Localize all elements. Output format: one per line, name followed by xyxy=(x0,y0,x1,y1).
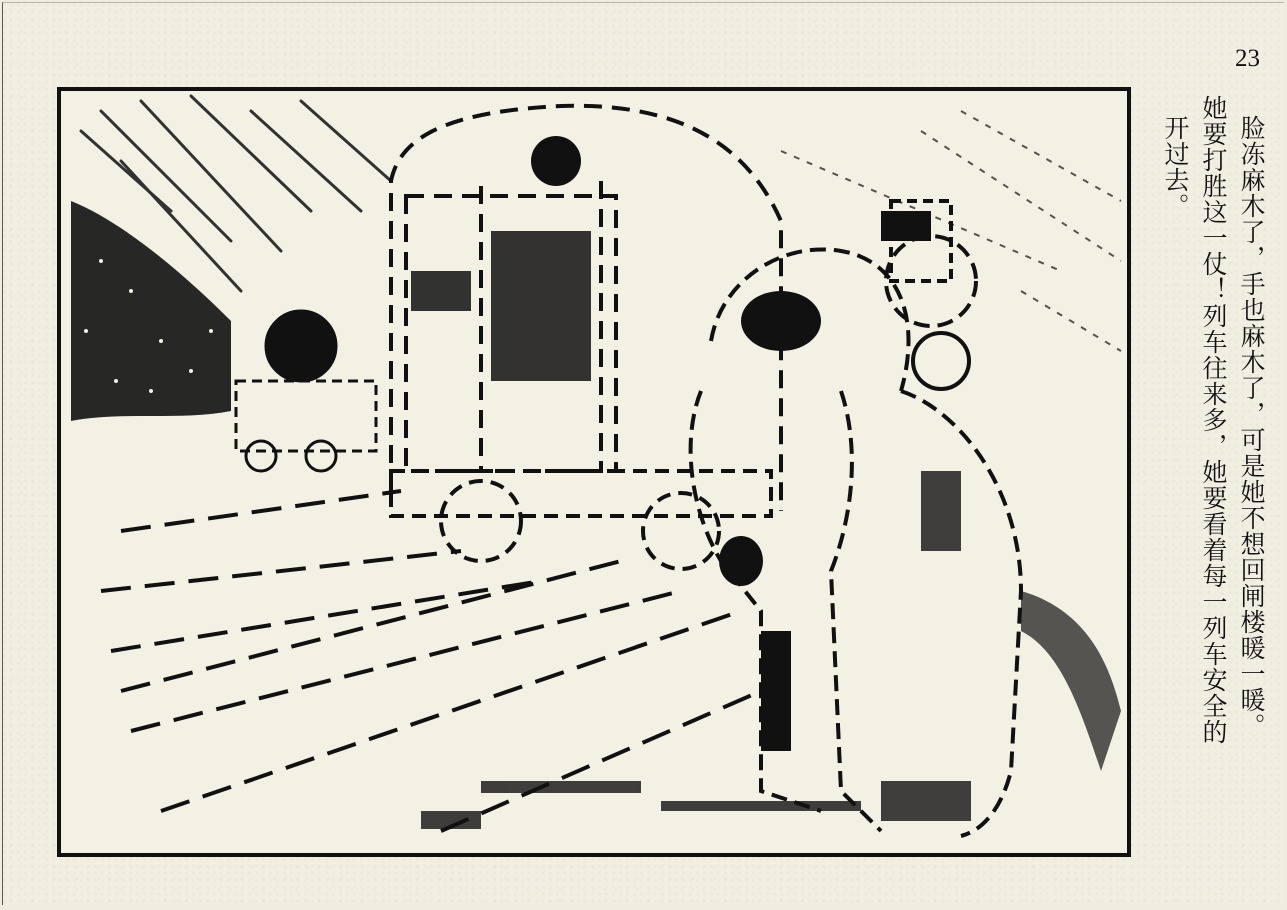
caption-column-2: 她要打胜这一仗！列车往来多，她要看着每一列车安全的 xyxy=(1194,95,1232,745)
page-number: 23 xyxy=(1235,45,1260,73)
caption-column-1: 脸冻麻木了，手也麻木了，可是她不想回闸楼暖一暖。 xyxy=(1232,115,1270,739)
illustration-panel xyxy=(57,87,1131,857)
rail-yard-illustration xyxy=(61,91,1127,853)
caption-column-3: 开过去。 xyxy=(1156,115,1194,219)
comic-page: 23 脸冻麻木了，手也麻木了，可是她不想回闸楼暖一暖。 她要打胜这一仗！列车往来… xyxy=(2,2,1284,905)
